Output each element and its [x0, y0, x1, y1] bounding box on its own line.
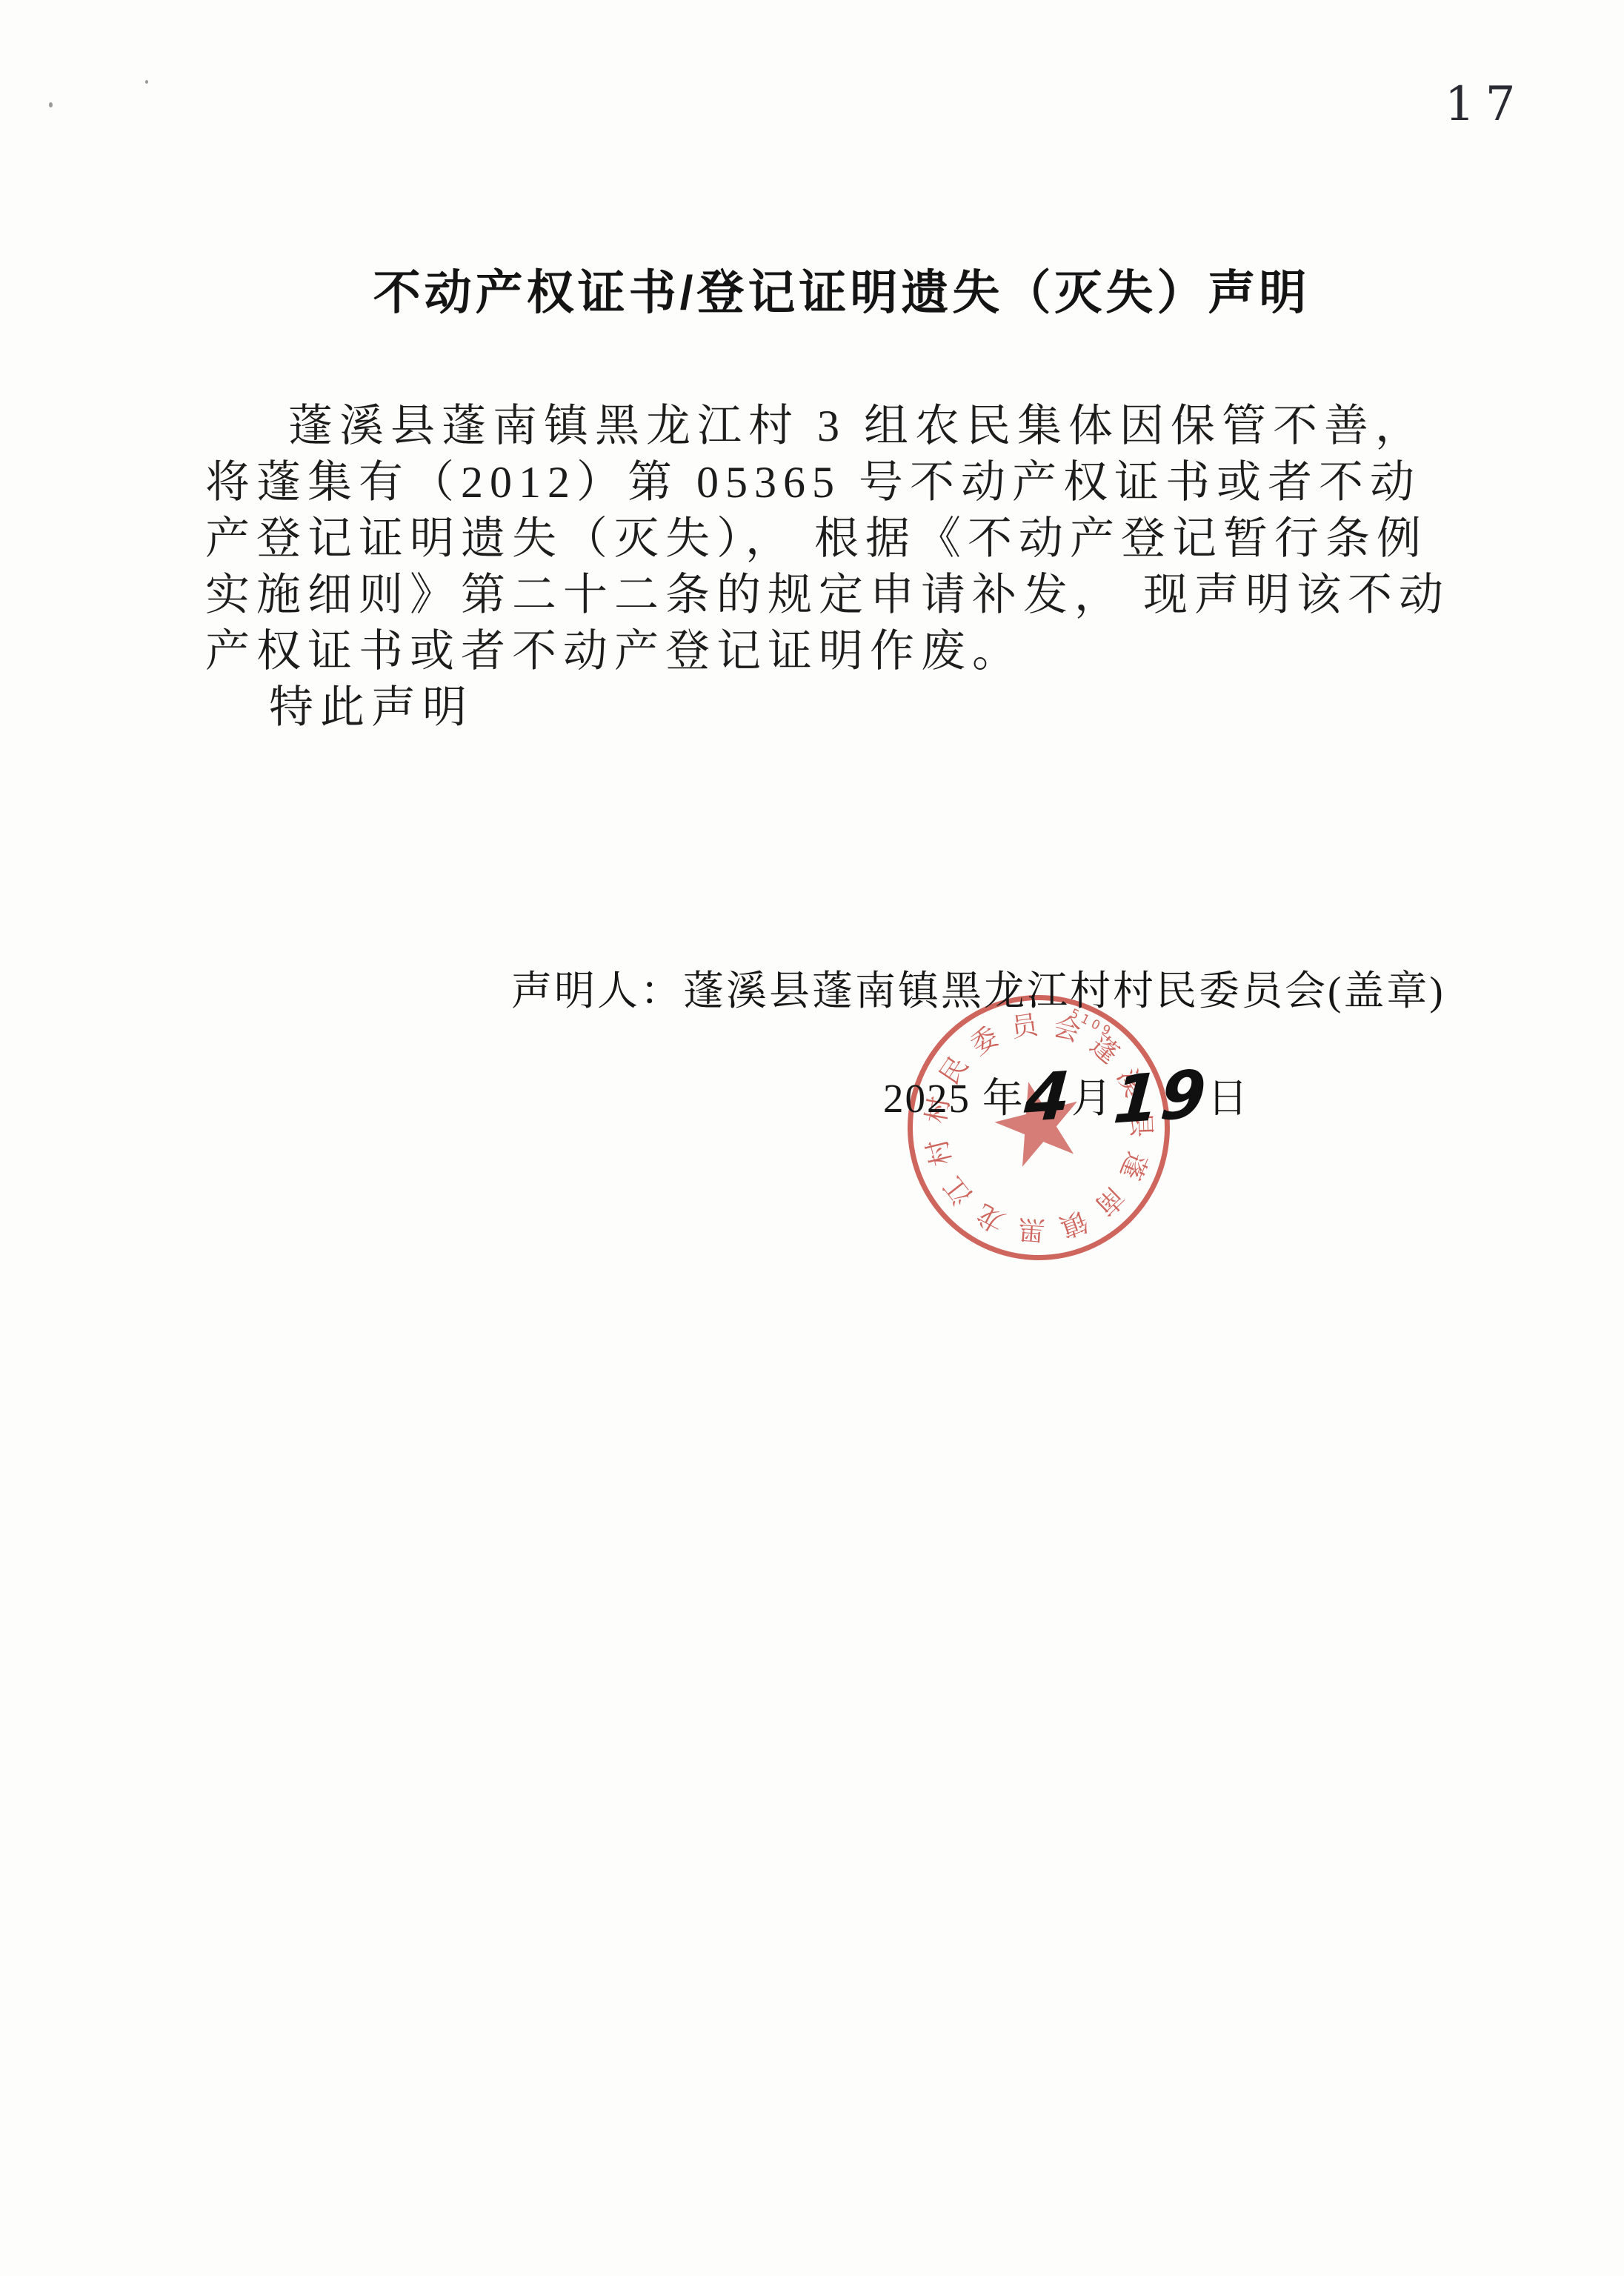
body-line: 蓬溪县蓬南镇黑龙江村 3 组农民集体因保管不善，: [205, 398, 1450, 454]
body-line: 产登记证明遗失（灭失）， 根据《不动产登记暂行条例: [205, 510, 1450, 567]
date-line: 2025 年4月19日: [883, 1065, 1250, 1124]
page-number: 17: [1445, 77, 1525, 132]
declaration-body: 蓬溪县蓬南镇黑龙江村 3 组农民集体因保管不善， 将蓬集有（2012）第 053…: [205, 398, 1450, 736]
body-line: 将蓬集有（2012）第 05365 号不动产权证书或者不动: [205, 454, 1450, 510]
date-month-handwritten: 4: [1023, 1075, 1073, 1119]
body-line: 实施细则》第二十二条的规定申请补发， 现声明该不动: [205, 567, 1450, 623]
body-closing-line: 特此声明: [205, 679, 1450, 736]
declarant-name: 蓬溪县蓬南镇黑龙江村村民委员会(盖章): [683, 968, 1445, 1014]
date-day-handwritten: 19: [1112, 1073, 1208, 1120]
date-year: 2025: [883, 1076, 971, 1121]
declarant-line: 声明人：蓬溪县蓬南镇黑龙江村村民委员会(盖章): [511, 958, 1445, 1016]
document-page: 17 不动产权证书/登记证明遗失（灭失）声明 蓬溪县蓬南镇黑龙江村 3 组农民集…: [0, 0, 1624, 2276]
document-title: 不动产权证书/登记证明遗失（灭失）声明: [30, 255, 1624, 323]
scan-speck: [145, 80, 148, 84]
date-year-suffix: 年: [971, 1076, 1025, 1121]
date-month-suffix: 月: [1071, 1076, 1114, 1121]
declarant-label: 声明人：: [511, 968, 683, 1014]
seal-text-char: 黑: [1017, 1215, 1045, 1243]
body-line: 产权证书或者不动产登记证明作废。: [205, 623, 1450, 679]
scan-speck: [49, 102, 53, 107]
date-day-suffix: 日: [1207, 1076, 1249, 1121]
